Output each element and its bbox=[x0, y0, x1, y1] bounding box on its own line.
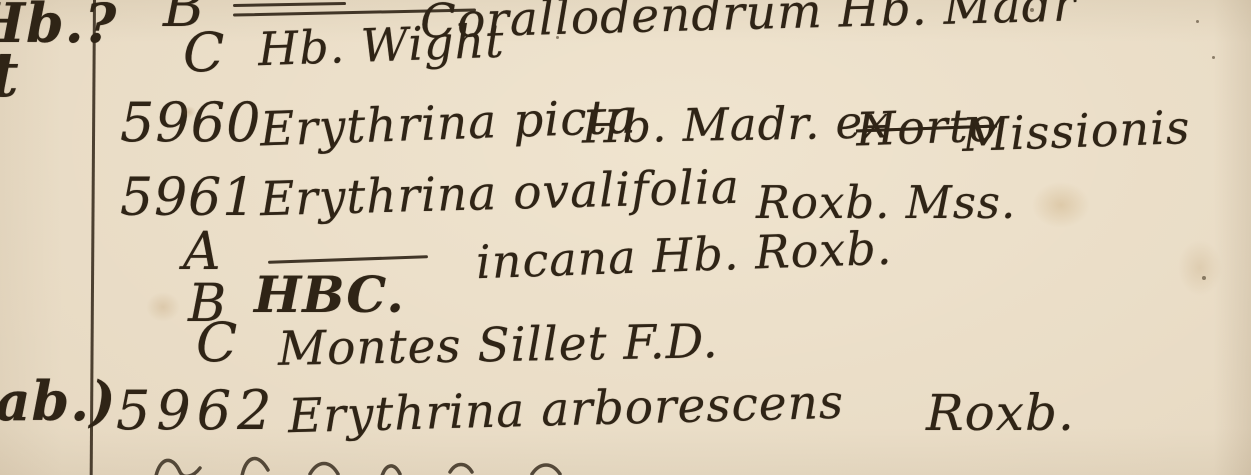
ditto-dash bbox=[233, 2, 346, 7]
entry-text: Hb. Wight bbox=[257, 18, 505, 73]
species-name: Erythrina ovalifolia bbox=[259, 164, 740, 224]
entry-text: Roxb. bbox=[926, 388, 1075, 438]
ink-speck bbox=[1212, 56, 1215, 59]
entry-number: 5960 bbox=[120, 96, 261, 150]
entry-letter: A bbox=[183, 226, 222, 278]
cut-off-text-strokes bbox=[150, 450, 610, 475]
foxing-stain bbox=[1178, 240, 1222, 296]
entry-text-tail: Missionis bbox=[961, 104, 1191, 158]
entry-text: Montes Sillet F.D. bbox=[278, 318, 719, 373]
entry-text: Roxb. Mss. bbox=[756, 180, 1016, 225]
ink-speck bbox=[1196, 20, 1199, 23]
ink-speck bbox=[1202, 276, 1206, 280]
margin-note-top-2: t bbox=[0, 44, 20, 106]
margin-note-bottom: rab.) bbox=[0, 374, 117, 428]
ditto-dash bbox=[268, 255, 428, 264]
ink-speck bbox=[556, 36, 559, 39]
entry-letter: C bbox=[196, 316, 238, 370]
entry-number: 5962 bbox=[116, 384, 277, 438]
entry-text: HBC. bbox=[254, 270, 405, 320]
entry-number: 5961 bbox=[120, 172, 256, 224]
manuscript-paper: Hb.? t rab.) B Corallodendrum Hb. Madr C… bbox=[0, 0, 1251, 475]
entry-text: Hb. Madr. ex bbox=[582, 99, 890, 149]
entry-text: Corallodendrum Hb. Madr bbox=[419, 0, 1076, 46]
species-name: Erythrina arborescens bbox=[287, 379, 844, 441]
entry-text: incana Hb. Roxb. bbox=[475, 225, 893, 286]
ink-speck bbox=[1030, 8, 1034, 12]
entry-letter: C bbox=[183, 26, 225, 80]
foxing-stain bbox=[146, 292, 180, 322]
foxing-stain bbox=[1032, 182, 1090, 228]
species-name: Erythrina picta bbox=[259, 93, 637, 153]
